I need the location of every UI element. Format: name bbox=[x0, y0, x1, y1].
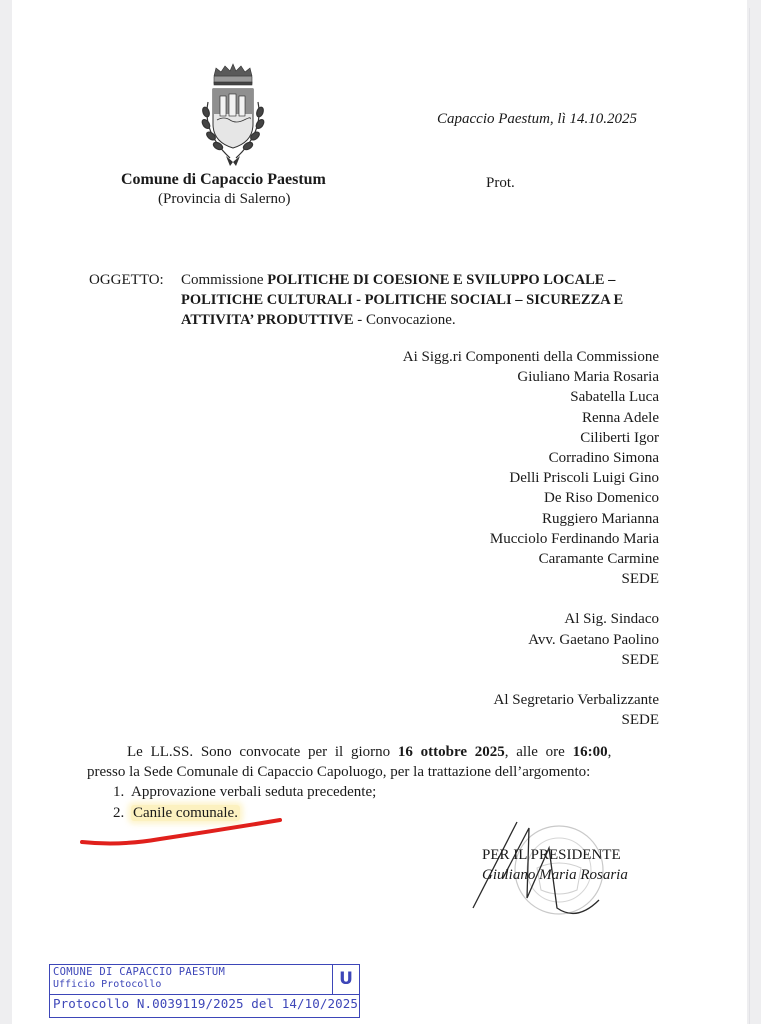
recipients-block: Ai Sigg.ri Componenti della Commissione … bbox=[403, 347, 659, 730]
member-name: Delli Priscoli Luigi Gino bbox=[403, 468, 659, 488]
subject-label: OGGETTO: bbox=[89, 272, 164, 289]
member-name: Renna Adele bbox=[403, 408, 659, 428]
sede-label: SEDE bbox=[403, 710, 659, 730]
sindaco-heading: Al Sig. Sindaco bbox=[403, 609, 659, 629]
stamp-entity: COMUNE DI CAPACCIO PAESTUM bbox=[53, 966, 225, 978]
stamp-protocol-number: Protocollo N.0039119/2025 del 14/10/2025 bbox=[53, 996, 358, 1011]
subject-line-2: POLITICHE CULTURALI - POLITICHE SOCIALI … bbox=[181, 292, 623, 309]
protocol-stamp: COMUNE DI CAPACCIO PAESTUM Ufficio Proto… bbox=[49, 964, 360, 1018]
sede-label: SEDE bbox=[403, 650, 659, 670]
member-name: Ruggiero Marianna bbox=[403, 509, 659, 529]
subject-line-3: ATTIVITA’ PRODUTTIVE - Convocazione. bbox=[181, 312, 456, 329]
stamp-direction: U bbox=[332, 965, 359, 994]
convocation-paragraph-line-1: Le LL.SS. Sono convocate per il giorno 1… bbox=[127, 744, 611, 761]
place-date: Capaccio Paestum, lì 14.10.2025 bbox=[437, 111, 637, 128]
coat-of-arms-icon bbox=[194, 62, 272, 170]
municipality-name: Comune di Capaccio Paestum bbox=[121, 171, 326, 189]
protocol-label: Prot. bbox=[486, 175, 515, 192]
member-name: Sabatella Luca bbox=[403, 387, 659, 407]
member-name: Mucciolo Ferdinando Maria bbox=[403, 529, 659, 549]
sindaco-name: Avv. Gaetano Paolino bbox=[403, 630, 659, 650]
province-name: (Provincia di Salerno) bbox=[158, 191, 290, 208]
signature-title: PER IL PRESIDENTE bbox=[482, 847, 621, 864]
convocation-paragraph-line-2: presso la Sede Comunale di Capaccio Capo… bbox=[87, 764, 590, 781]
document-page: Comune di Capaccio Paestum (Provincia di… bbox=[12, 0, 747, 1024]
member-name: Ciliberti Igor bbox=[403, 428, 659, 448]
agenda-item: 1.Approvazione verbali seduta precedente… bbox=[113, 784, 376, 801]
member-name: Giuliano Maria Rosaria bbox=[403, 367, 659, 387]
member-name: De Riso Domenico bbox=[403, 488, 659, 508]
segretario-heading: Al Segretario Verbalizzante bbox=[403, 690, 659, 710]
sede-label: SEDE bbox=[403, 569, 659, 589]
stamp-office: Ufficio Protocollo bbox=[53, 979, 161, 990]
red-underline-annotation bbox=[80, 812, 290, 847]
page-edge bbox=[749, 8, 750, 1024]
signatory-name: Giuliano Maria Rosaria bbox=[482, 867, 628, 884]
subject-line-1: Commissione POLITICHE DI COESIONE E SVIL… bbox=[181, 272, 615, 289]
member-name: Caramante Carmine bbox=[403, 549, 659, 569]
member-name: Corradino Simona bbox=[403, 448, 659, 468]
commission-heading: Ai Sigg.ri Componenti della Commissione bbox=[403, 347, 659, 367]
